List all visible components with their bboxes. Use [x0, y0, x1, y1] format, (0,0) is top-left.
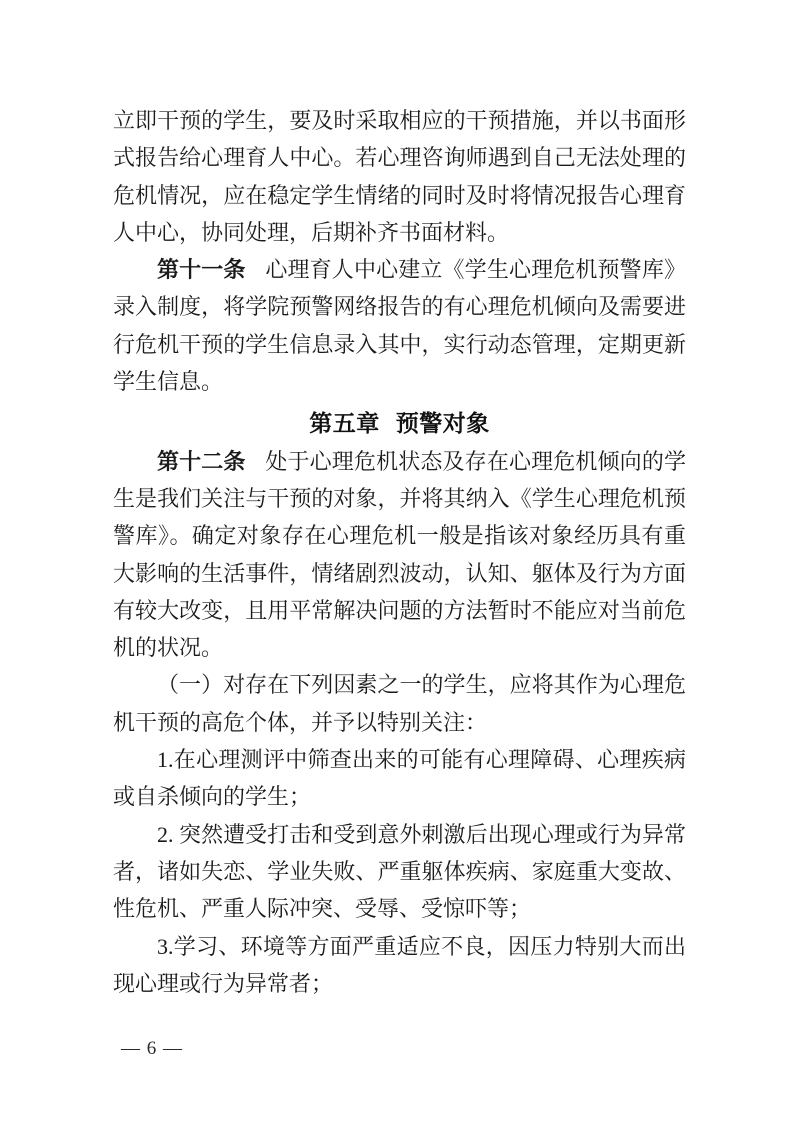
chapter-heading: 第五章预警对象	[113, 405, 686, 442]
list-item-2: 2. 突然遭受打击和受到意外刺激后出现心理或行为异常者，诸如失恋、学业失败、严重…	[113, 816, 686, 928]
article-12-text: 处于心理危机状态及存在心理危机倾向的学生是我们关注与干预的对象，并将其纳入《学生…	[113, 449, 686, 660]
chapter-title: 预警对象	[396, 410, 490, 436]
paragraph-clause-1: （一）对存在下列因素之一的学生，应将其作为心理危机干预的高危个体，并予以特别关注…	[113, 666, 686, 741]
paragraph-continued: 立即干预的学生，要及时采取相应的干预措施，并以书面形式报告给心理育人中心。若心理…	[113, 102, 686, 251]
list-item-3: 3.学习、环境等方面严重适应不良，因压力特别大而出现心理或行为异常者；	[113, 928, 686, 1003]
article-12-label: 第十二条	[157, 449, 246, 474]
list-item-1: 1.在心理测评中筛查出来的可能有心理障碍、心理疾病或自杀倾向的学生；	[113, 741, 686, 816]
article-11-label: 第十一条	[157, 257, 246, 282]
page-number: — 6 —	[121, 1036, 183, 1062]
paragraph-article-12: 第十二条处于心理危机状态及存在心理危机倾向的学生是我们关注与干预的对象，并将其纳…	[113, 443, 686, 667]
chapter-number: 第五章	[309, 410, 380, 436]
document-page: 立即干预的学生，要及时采取相应的干预措施，并以书面形式报告给心理育人中心。若心理…	[0, 0, 799, 1130]
paragraph-article-11: 第十一条心理育人中心建立《学生心理危机预警库》录入制度，将学院预警网络报告的有心…	[113, 251, 686, 400]
document-body: 立即干预的学生，要及时采取相应的干预措施，并以书面形式报告给心理育人中心。若心理…	[113, 102, 686, 1002]
